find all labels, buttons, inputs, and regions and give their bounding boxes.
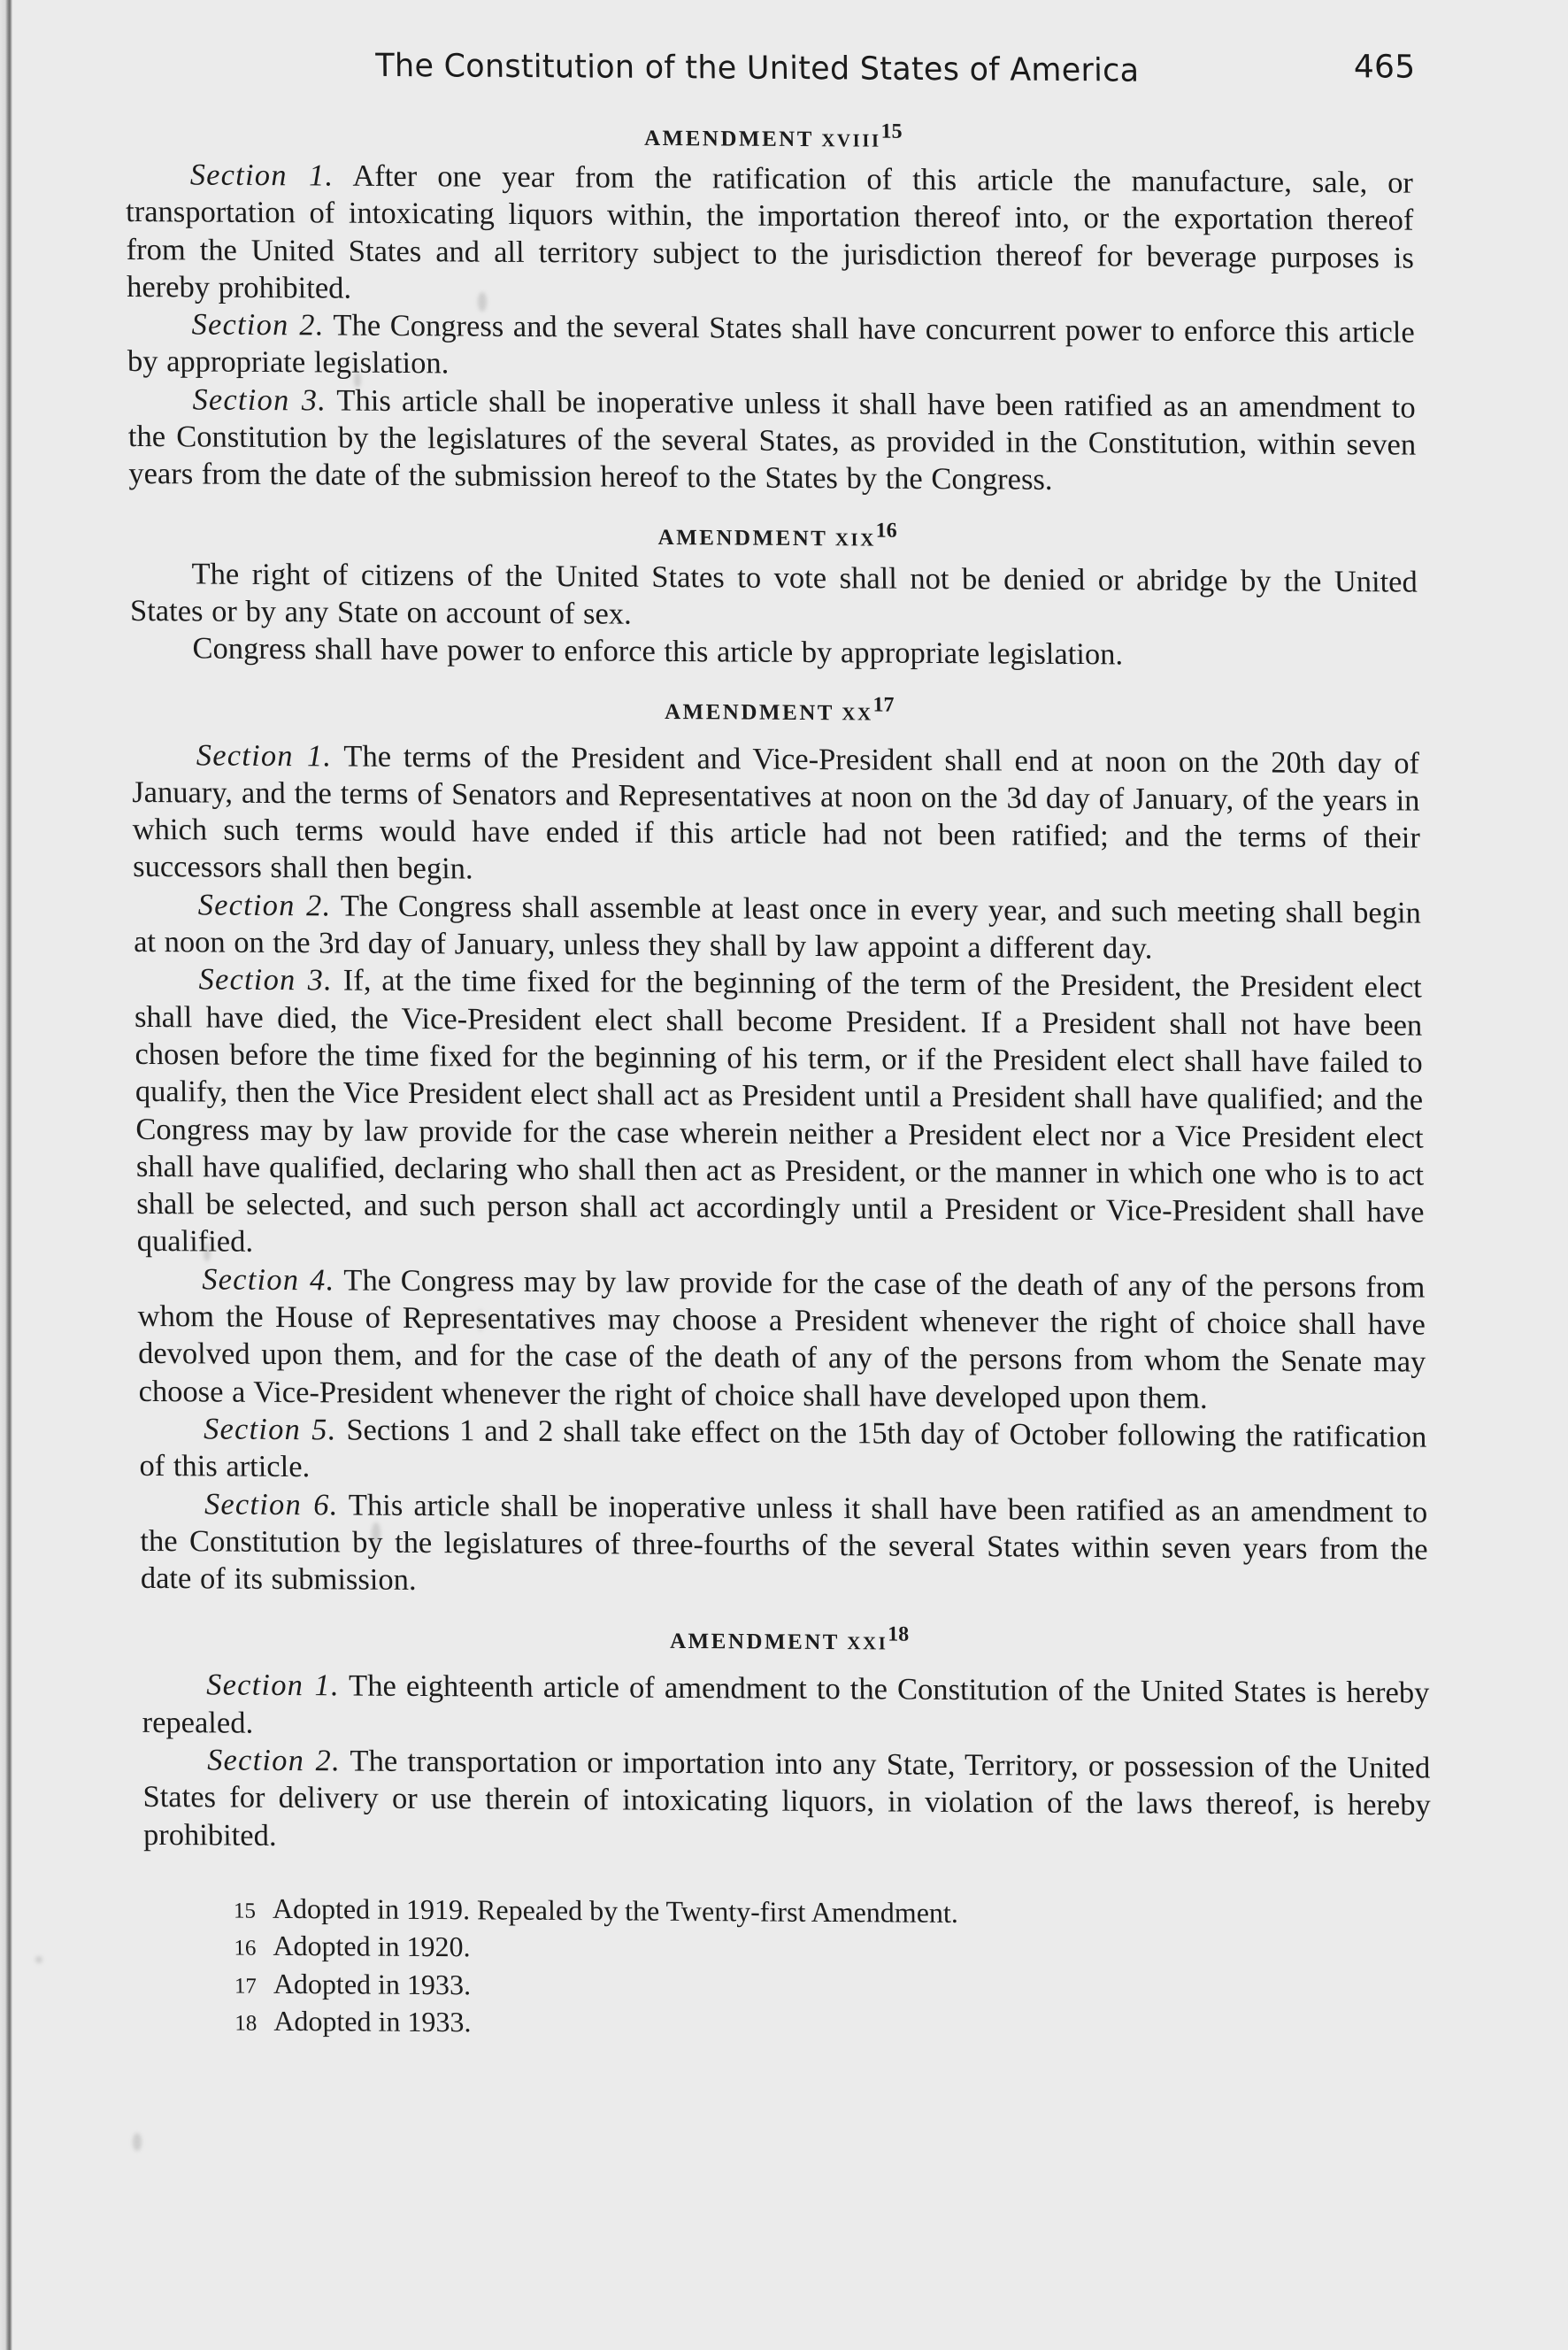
section-paragraph: Section 2. The Congress shall assemble a…	[133, 886, 1421, 969]
section-label: Section 3.	[198, 963, 333, 998]
amendment-xx: Amendment xx17 Section 1. The terms of t…	[131, 689, 1428, 1606]
section-text: If, at the time fixed for the beginning …	[135, 964, 1425, 1259]
section-paragraph: Section 3. This article shall be inopera…	[127, 381, 1417, 502]
amendment-xviii: Amendment xviii15 Section 1. After one y…	[125, 115, 1417, 501]
section-label: Section 3.	[192, 382, 327, 417]
section-label: Section 2.	[197, 888, 331, 922]
amendment-numeral: xx	[842, 703, 873, 724]
section-paragraph: Section 2. The transportation or importa…	[142, 1741, 1432, 1862]
footnote-text: Adopted in 1933.	[273, 1968, 472, 2000]
footnote-ref[interactable]: 18	[888, 1623, 909, 1646]
section-label: Section 5.	[204, 1412, 337, 1446]
footnote-number: 18	[234, 2007, 273, 2042]
paper-speck	[35, 1956, 42, 1963]
section-paragraph: Section 1. After one year from the ratif…	[125, 156, 1414, 314]
footnote-ref[interactable]: 16	[876, 519, 897, 542]
amendment-numeral: xviii	[821, 129, 881, 150]
paper-speck	[478, 292, 487, 312]
footnote-text: Adopted in 1933.	[273, 2005, 472, 2038]
section-label: Section 2.	[207, 1743, 341, 1777]
footnote-ref[interactable]: 15	[880, 120, 902, 143]
section-label: Section 1.	[196, 738, 333, 773]
section-paragraph: Section 3. If, at the time fixed for the…	[134, 960, 1425, 1268]
footnote: 18Adopted in 1933.	[234, 2004, 1433, 2049]
amendment-heading-label: Amendment	[644, 127, 814, 151]
section-paragraph: Section 5. Sections 1 and 2 shall take e…	[139, 1410, 1427, 1493]
amendment-numeral: xix	[835, 528, 876, 550]
amendment-xix: Amendment xix16 The right of citizens of…	[129, 514, 1418, 676]
footnote-text: Adopted in 1920.	[273, 1930, 471, 1962]
page-number: 465	[1354, 49, 1416, 85]
section-paragraph: Section 1. The terms of the President an…	[132, 736, 1421, 895]
amendment-heading-label: Amendment	[665, 700, 834, 725]
section-paragraph: Section 6. This article shall be inopera…	[140, 1484, 1429, 1606]
footnote-number: 16	[234, 1932, 273, 1967]
footnote-ref[interactable]: 17	[872, 693, 894, 716]
footnote-text: Adopted in 1919. Repealed by the Twenty-…	[273, 1892, 958, 1929]
section-label: Section 1.	[190, 158, 334, 192]
amendment-numeral: xxi	[847, 1633, 888, 1654]
footnote-number: 17	[234, 1969, 273, 2004]
section-label: Section 2.	[191, 308, 324, 343]
footnote-number: 15	[234, 1894, 273, 1929]
section-paragraph: Section 2. The Congress and the several …	[127, 305, 1415, 389]
section-paragraph: Section 4. The Congress may by law provi…	[137, 1260, 1426, 1419]
paper-speck	[354, 372, 361, 388]
book-page: The Constitution of the United States of…	[124, 35, 1433, 2049]
section-label: Section 6.	[204, 1487, 339, 1522]
running-title: The Constitution of the United States of…	[375, 48, 1139, 89]
section-label: Section 1.	[206, 1668, 340, 1703]
amendment-xxi: Amendment xxi18 Section 1. The eighteent…	[141, 1618, 1431, 1861]
paper-speck	[372, 1522, 380, 1544]
section-paragraph: Section 1. The eighteenth article of ame…	[142, 1666, 1430, 1749]
footnotes: 15Adopted in 1919. Repealed by the Twent…	[144, 1891, 1433, 2050]
paper-speck	[478, 1310, 483, 1331]
amendment-heading-label: Amendment	[670, 1630, 840, 1654]
paper-speck	[133, 2133, 142, 2151]
section-label: Section 4.	[202, 1262, 335, 1297]
page-binding-edge	[0, 0, 12, 2350]
paper-speck	[204, 1244, 211, 1261]
running-head: The Constitution of the United States of…	[124, 35, 1412, 106]
amendment-paragraph: The right of citizens of the United Stat…	[129, 555, 1418, 638]
amendment-heading-label: Amendment	[657, 526, 827, 551]
